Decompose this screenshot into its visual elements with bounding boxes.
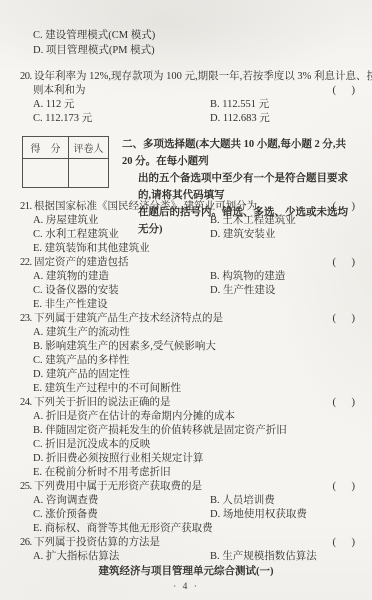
carryover-options: C. 建设管理模式(CM 模式) D. 项目管理模式(PM 模式) [20, 28, 356, 58]
option-row: B. 伴随固定资产损耗发生的价值转移就是固定资产折旧 [20, 424, 356, 438]
question-20: 20.设年利率为 12%,现存款项为 100 元,期限一年,若按季度以 3% 利… [20, 70, 356, 126]
option-label: A. 扩大指标估算法 [33, 551, 119, 562]
option-label: A. 建筑生产的流动性 [33, 327, 130, 338]
option-label: E. 建筑生产过程中的不可间断性 [33, 383, 181, 394]
option-label: E. 商标权、商誉等其他无形资产获取费 [33, 523, 213, 534]
section-title-line-1: 二、多项选择题(本大题共 10 小题,每小题 2 分,共 20 分。在每小题列 [122, 136, 348, 170]
question-22: 22.固定资产的建造包括( )A. 建筑物的建造B. 构筑物的建造C. 设备仪器… [20, 256, 356, 312]
option-row: C. 折旧是沉没成本的反映 [20, 438, 356, 452]
option-label: C. 涨价预备费 [33, 509, 98, 520]
option-label: C. 设备仪器的安装 [33, 285, 119, 296]
answer-bracket: ( ) [333, 312, 357, 326]
option-row: A. 112 元B. 112.551 元 [20, 98, 356, 112]
option-row: B. 影响建筑生产的因素多,受气候影响大 [20, 340, 356, 354]
option-label: C. 112.173 元 [33, 113, 92, 124]
page-content: C. 建设管理模式(CM 模式) D. 项目管理模式(PM 模式) 20.设年利… [20, 28, 356, 564]
question-text: 固定资产的建造包括 [34, 257, 129, 268]
question-number: 21. [20, 200, 33, 214]
carryover-option-d: D. 项目管理模式(PM 模式) [20, 43, 356, 58]
score-box-score-cell [23, 159, 69, 188]
option-label: A. 咨询调查费 [33, 495, 98, 506]
option-row: C. 建筑产品的多样性 [20, 354, 356, 368]
option-label: B. 人员培训费 [210, 494, 275, 508]
option-label: B. 伴随固定资产损耗发生的价值转移就是固定资产折旧 [33, 425, 287, 436]
question-number: 26. [20, 536, 33, 550]
question-prompt: 26.下列属于投资估算的方法是( ) [20, 536, 356, 550]
option-label: A. 112 元 [33, 99, 74, 110]
carryover-option-c: C. 建设管理模式(CM 模式) [20, 28, 356, 43]
option-label: E. 建筑装饰和其他建筑业 [33, 243, 150, 254]
question-25: 25.下列费用中属于无形资产获取费的是( )A. 咨询调查费B. 人员培训费C.… [20, 480, 356, 536]
answer-bracket: ( ) [333, 480, 357, 494]
option-label: B. 生产规模指数估算法 [210, 550, 317, 564]
score-box-grader-label: 评卷人 [69, 137, 109, 159]
option-row: A. 折旧是资产在估计的寿命期内分摊的成本 [20, 410, 356, 424]
score-box: 得 分 评卷人 [22, 136, 109, 188]
question-text: 根据国家标准《国民经济分类》,建筑业可划分为 [34, 201, 257, 212]
question-24: 24.下列关于折旧的说法正确的是( )A. 折旧是资产在估计的寿命期内分摊的成本… [20, 396, 356, 480]
answer-bracket: ( ) [333, 396, 357, 410]
option-row: E. 在税前分析时不用考虑折旧 [20, 466, 356, 480]
question-number: 22. [20, 256, 33, 270]
option-label: D. 建筑产品的固定性 [33, 369, 130, 380]
option-row: A. 咨询调查费B. 人员培训费 [20, 494, 356, 508]
option-row: D. 建筑产品的固定性 [20, 368, 356, 382]
question-prompt-continued: 则本利和为( ) [20, 84, 356, 98]
option-row: E. 非生产性建设 [20, 298, 356, 312]
question-prompt: 24.下列关于折旧的说法正确的是( ) [20, 396, 356, 410]
option-label: A. 房屋建筑业 [33, 215, 98, 226]
option-row: C. 水利工程建筑业D. 建筑安装业 [20, 228, 356, 242]
question-text: 下列属于投资估算的方法是 [34, 537, 160, 548]
option-label: A. 建筑物的建造 [33, 271, 109, 282]
question-text: 则本利和为 [33, 85, 86, 96]
question-prompt: 25.下列费用中属于无形资产获取费的是( ) [20, 480, 356, 494]
option-label: B. 112.551 元 [210, 98, 269, 112]
scanned-exam-page: C. 建设管理模式(CM 模式) D. 项目管理模式(PM 模式) 20.设年利… [0, 0, 372, 600]
question-prompt: 22.固定资产的建造包括( ) [20, 256, 356, 270]
option-row: E. 商标权、商誉等其他无形资产获取费 [20, 522, 356, 536]
option-label: C. 折旧是沉没成本的反映 [33, 439, 150, 450]
option-label: E. 非生产性建设 [33, 299, 108, 310]
option-label: B. 影响建筑生产的因素多,受气候影响大 [33, 341, 216, 352]
question-21: 21.根据国家标准《国民经济分类》,建筑业可划分为( )A. 房屋建筑业B. 土… [20, 200, 356, 256]
option-label: D. 生产性建设 [210, 284, 275, 298]
score-box-score-label: 得 分 [23, 137, 69, 159]
option-row: A. 建筑物的建造B. 构筑物的建造 [20, 270, 356, 284]
answer-bracket: ( ) [333, 200, 357, 214]
page-footer: 建筑经济与项目管理单元综合测试(一) · 4 · [0, 564, 372, 595]
question-text: 设年利率为 12%,现存款项为 100 元,期限一年,若按季度以 3% 利息计息… [34, 71, 372, 82]
option-row: A. 扩大指标估算法B. 生产规模指数估算法 [20, 550, 356, 564]
question-text: 下列关于折旧的说法正确的是 [34, 397, 171, 408]
questions-block: 21.根据国家标准《国民经济分类》,建筑业可划分为( )A. 房屋建筑业B. 土… [20, 200, 356, 564]
question-number: 25. [20, 480, 33, 494]
question-number: 23. [20, 312, 33, 326]
question-26: 26.下列属于投资估算的方法是( )A. 扩大指标估算法B. 生产规模指数估算法 [20, 536, 356, 564]
option-row: C. 涨价预备费D. 场地使用权获取费 [20, 508, 356, 522]
option-label: A. 折旧是资产在估计的寿命期内分摊的成本 [33, 411, 235, 422]
answer-bracket: ( ) [333, 256, 357, 270]
option-label: D. 建筑安装业 [210, 228, 275, 242]
question-prompt: 20.设年利率为 12%,现存款项为 100 元,期限一年,若按季度以 3% 利… [20, 70, 356, 84]
score-box-grader-cell [69, 159, 109, 188]
question-number: 20. [20, 70, 33, 84]
option-row: A. 建筑生产的流动性 [20, 326, 356, 340]
answer-bracket: ( ) [333, 84, 357, 98]
option-row: D. 折旧费必须按照行业相关规定计算 [20, 452, 356, 466]
option-label: E. 在税前分析时不用考虑折旧 [33, 467, 171, 478]
option-label: C. 水利工程建筑业 [33, 229, 119, 240]
page-number: · 4 · [0, 579, 372, 595]
option-row: C. 112.173 元D. 112.683 元 [20, 112, 356, 126]
option-row: E. 建筑装饰和其他建筑业 [20, 242, 356, 256]
question-text: 下列费用中属于无形资产获取费的是 [34, 481, 202, 492]
question-number: 24. [20, 396, 33, 410]
option-row: A. 房屋建筑业B. 土木工程建筑业 [20, 214, 356, 228]
option-label: D. 112.683 元 [210, 112, 270, 126]
question-23: 23.下列属于建筑产品生产技术经济特点的是( )A. 建筑生产的流动性B. 影响… [20, 312, 356, 396]
section-row: 得 分 评卷人 二、多项选择题(本大题共 10 小题,每小题 2 分,共 20 … [20, 136, 356, 188]
answer-bracket: ( ) [333, 536, 357, 550]
option-label: B. 土木工程建筑业 [210, 214, 296, 228]
footer-title: 建筑经济与项目管理单元综合测试(一) [0, 564, 372, 579]
option-row: C. 设备仪器的安装D. 生产性建设 [20, 284, 356, 298]
question-prompt: 21.根据国家标准《国民经济分类》,建筑业可划分为( ) [20, 200, 356, 214]
option-row: E. 建筑生产过程中的不可间断性 [20, 382, 356, 396]
option-label: B. 构筑物的建造 [210, 270, 285, 284]
option-label: C. 建筑产品的多样性 [33, 355, 129, 366]
question-text: 下列属于建筑产品生产技术经济特点的是 [34, 313, 223, 324]
question-prompt: 23.下列属于建筑产品生产技术经济特点的是( ) [20, 312, 356, 326]
option-label: D. 折旧费必须按照行业相关规定计算 [33, 453, 203, 464]
option-label: D. 场地使用权获取费 [210, 508, 307, 522]
section-title-line-2: 出的五个备选项中至少有一个是符合题目要求的,请将其代码填写 [122, 170, 348, 204]
question-20-block: 20.设年利率为 12%,现存款项为 100 元,期限一年,若按季度以 3% 利… [20, 70, 356, 126]
